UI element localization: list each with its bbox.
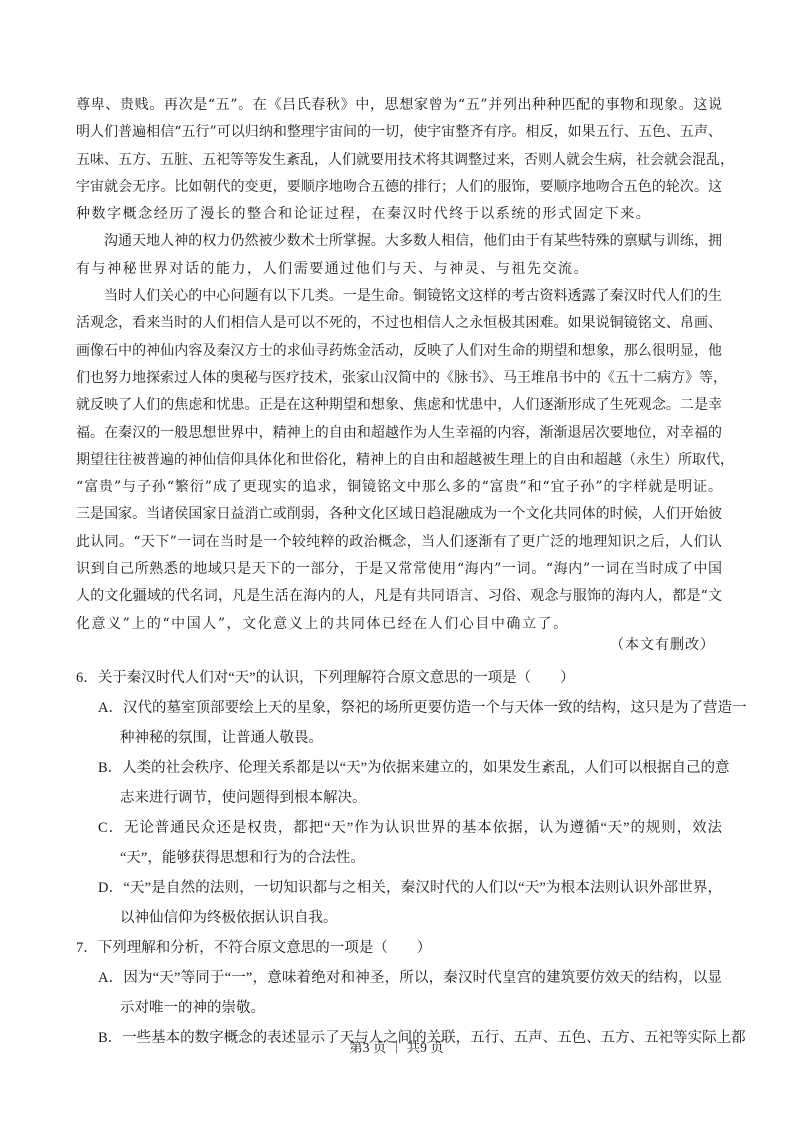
passage-line: 画像石中的神仙内容及秦汉方士的求仙寻药炼金活动，反映了人们对生命的期望和想象，那… bbox=[76, 338, 722, 365]
document-page: 尊卑、贵贱。再次是“五”。在《吕氏春秋》中，思想家曾为“五”并列出种种匹配的事物… bbox=[0, 0, 793, 1122]
question-list: 6．关于秦汉时代人们对“天”的认识，下列理解符合原文意思的一项是（ ） A．汉代… bbox=[76, 663, 722, 1053]
option-a-continued: 示对唯一的神的崇敬。 bbox=[76, 993, 722, 1023]
passage-line: 此认同。“天下”一词在当时是一个较纯粹的政治概念，当人们逐渐有了更广泛的地理知识… bbox=[76, 529, 722, 556]
passage-line: 福。在秦汉的一般思想世界中，精神上的自由和超越作为人生幸福的内容，渐渐退居次要地… bbox=[76, 420, 722, 447]
option-c-continued: “天”，能够获得思想和行为的合法性。 bbox=[76, 843, 722, 873]
passage-line: 有与神秘世界对话的能力，人们需要通过他们与天、与神灵、与祖先交流。 bbox=[76, 256, 722, 283]
passage-line: 宇宙就会无序。比如朝代的变更，要顺序地吻合五德的排行；人们的服饰，要顺序地吻合五… bbox=[76, 174, 722, 201]
option-a-continued: 种神秘的氛围，让普通人敬畏。 bbox=[76, 723, 722, 753]
source-note: （本文有删改） bbox=[610, 634, 715, 654]
option-b[interactable]: B．人类的社会秩序、伦理关系都是以“天”为依据来建立的，如果发生紊乱，人们可以根… bbox=[76, 753, 722, 783]
passage-line: “富贵”与子孙“繁衍”成了更现实的追求，铜镜铭文中那么多的“富贵”和“宜子孙”的… bbox=[76, 474, 722, 501]
question-stem: 7．下列理解和分析，不符合原文意思的一项是（ ） bbox=[76, 933, 722, 963]
question-7: 7．下列理解和分析，不符合原文意思的一项是（ ） A．因为“天”等同于“一”，意… bbox=[76, 933, 722, 1053]
passage-line: 识到自己所熟悉的地域只是天下的一部分，于是又常常使用“海内”一词。“海内”一词在… bbox=[76, 556, 722, 583]
option-c[interactable]: C．无论普通民众还是权贵，都把“天”作为认识世界的基本依据，认为遵循“天”的规则… bbox=[76, 813, 722, 843]
passage-paragraph-start: 沟通天地人神的权力仍然被少数术士所掌握。大多数人相信，他们由于有某些特殊的禀赋与… bbox=[76, 228, 722, 255]
passage-line: 五味、五方、五脏、五祀等等发生紊乱，人们就要用技术将其调整过来，否则人就会生病，… bbox=[76, 147, 722, 174]
passage-paragraph-start: 当时人们关心的中心问题有以下几类。一是生命。铜镜铭文这样的考古资料透露了秦汉时代… bbox=[76, 283, 722, 310]
page-footer: 第3 页 ｜ 共9 页 bbox=[0, 1036, 793, 1056]
option-d-continued: 以神仙信仰为终极依据认识自我。 bbox=[76, 903, 722, 933]
passage-line: 三是国家。当诸侯国家日益消亡或削弱，各种文化区域日趋混融成为一个文化共同体的时候… bbox=[76, 501, 722, 528]
passage-line: 明人们普遍相信“五行”可以归纳和整理宇宙间的一切，使宇宙整齐有序。相反，如果五行… bbox=[76, 119, 722, 146]
option-a[interactable]: A．汉代的墓室顶部要绘上天的星象，祭祀的场所更要仿造一个与天体一致的结构，这只是… bbox=[76, 693, 722, 723]
passage-line: 们也努力地探索过人体的奥秘与医疗技术，张家山汉简中的《脉书》、马王堆帛书中的《五… bbox=[76, 365, 722, 392]
passage-line: 尊卑、贵贱。再次是“五”。在《吕氏春秋》中，思想家曾为“五”并列出种种匹配的事物… bbox=[76, 92, 722, 119]
passage-line: 种数字概念经历了漫长的整合和论证过程，在秦汉时代终于以系统的形式固定下来。 bbox=[76, 201, 722, 228]
passage-line: 人的文化疆域的代名词，凡是生活在海内的人，凡是有共同语言、习俗、观念与服饰的海内… bbox=[76, 583, 722, 610]
passage-line: 期望往往被普遍的神仙信仰具体化和世俗化，精神上的自由和超越被生理上的自由和超越（… bbox=[76, 447, 722, 474]
option-a[interactable]: A．因为“天”等同于“一”，意味着绝对和神圣，所以，秦汉时代皇宫的建筑要仿效天的… bbox=[76, 963, 722, 993]
passage-line: 就反映了人们的焦虑和忧患。正是在这种期望和想象、焦虑和忧患中，人们逐渐形成了生死… bbox=[76, 392, 722, 419]
question-stem: 6．关于秦汉时代人们对“天”的认识，下列理解符合原文意思的一项是（ ） bbox=[76, 663, 722, 693]
passage-line: 活观念，看来当时的人们相信人是可以不死的，不过也相信人之永恒极其困难。如果说铜镜… bbox=[76, 310, 722, 337]
reading-passage: 尊卑、贵贱。再次是“五”。在《吕氏春秋》中，思想家曾为“五”并列出种种匹配的事物… bbox=[76, 92, 722, 638]
question-6: 6．关于秦汉时代人们对“天”的认识，下列理解符合原文意思的一项是（ ） A．汉代… bbox=[76, 663, 722, 933]
option-d[interactable]: D．“天”是自然的法则，一切知识都与之相关，秦汉时代的人们以“天”为根本法则认识… bbox=[76, 873, 722, 903]
option-b-continued: 志来进行调节，使问题得到根本解决。 bbox=[76, 783, 722, 813]
